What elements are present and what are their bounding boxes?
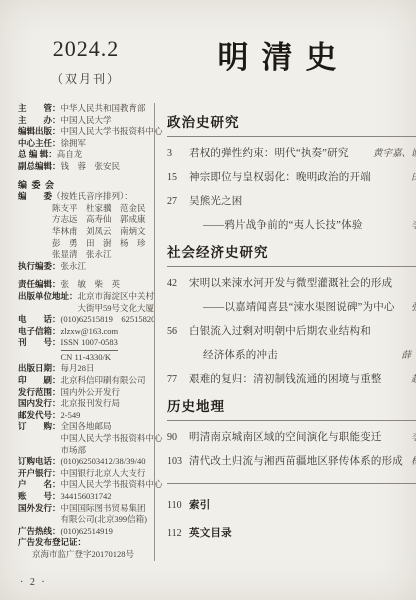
- toc-item: 15神宗即位与皇权弱化：晚明政治的开端田 澍: [167, 171, 416, 185]
- masthead-value-line: (010)62515819 62515820: [61, 314, 146, 326]
- section-title: 社会经济史研究: [167, 241, 416, 267]
- masthead-label: 总 编 辑：: [18, 149, 57, 161]
- masthead-value-line: zlzxw@163.com: [61, 326, 119, 338]
- masthead-value: 张 敏 柴 英: [61, 279, 121, 291]
- masthead-label: 中心主任：: [18, 138, 61, 150]
- masthead-label: 订购电话：: [18, 456, 61, 468]
- masthead-value-line: 344156031742: [61, 491, 112, 503]
- masthead-entry: 印 刷：北京科信印刷有限公司: [18, 375, 146, 387]
- masthead-value-line: ISSN 1007-0583: [61, 337, 118, 351]
- toc-article-title: 清代改土归流与湘西苗疆地区驿传体系的形成: [189, 455, 403, 469]
- toc-page-number: 27: [167, 195, 189, 209]
- masthead-label: 国内发行：: [18, 398, 61, 410]
- masthead-entry: 主 办：中国人民大学: [18, 115, 146, 127]
- masthead-label: 印 刷：: [18, 375, 61, 387]
- publication-frequency: （双月刊）: [18, 70, 154, 87]
- masthead-label: 出版单位地址：: [18, 291, 78, 314]
- masthead-value-line: 北京科信印刷有限公司: [61, 375, 146, 387]
- toc-article-title: ——鸦片战争前的“夷人长技”体验: [189, 219, 363, 233]
- toc-article-title: 艰难的复归：清初制钱流通的困境与重整: [189, 373, 382, 387]
- toc-authors: 赵士第: [403, 373, 416, 387]
- toc-page-number: 56: [167, 325, 189, 339]
- masthead-entry: 发行范围：国内外公开发行: [18, 387, 146, 399]
- masthead-value: (010)62503412/38/39/40: [61, 456, 146, 468]
- masthead-value-line: 有限公司(北京399信箱): [61, 514, 146, 526]
- masthead-entry: 中心主任：徐拥军: [18, 138, 146, 150]
- toc-entry-line: 27吴熊光之困: [167, 195, 416, 209]
- toc-authors: 田 澍: [403, 171, 416, 185]
- masthead-value: 中国人民大学书报资料中心: [61, 126, 146, 138]
- masthead-value-line: 张永江: [61, 261, 87, 273]
- masthead-entry: 副总编辑：钱 蓉 张安民: [18, 161, 146, 173]
- toc-authors: 薛 冰等: [394, 349, 416, 363]
- masthead-value: 344156031742: [61, 491, 112, 503]
- masthead-label: 编 委 会: [18, 180, 55, 192]
- toc-item: 77艰难的复归：清初制钱流通的困境与重整赵士第: [167, 373, 416, 387]
- masthead-value-line: 中国人民大学书报资料中心: [61, 479, 146, 491]
- masthead-label: 编辑出版：: [18, 126, 61, 138]
- masthead-entry: 国外发行：中国国际图书贸易集团有限公司(北京399信箱): [18, 503, 146, 526]
- back-matter: 110索引112英文目录: [167, 497, 416, 540]
- masthead-label: 订 购：: [18, 421, 61, 456]
- masthead-value-line: 徐拥军: [61, 138, 87, 150]
- table-of-contents: 政治史研究3君权的弹性约束：明代“执奏”研究黄宇嘉、谢贵安15神宗即位与皇权弱化…: [154, 103, 416, 561]
- toc-article-title: 宋明以来涑水河开发与微型灌溉社会的形成: [189, 277, 392, 291]
- masthead-entry: 广告发布登记证：京海市监广登字20170128号: [18, 537, 146, 560]
- masthead-label: 户 名：: [18, 479, 61, 491]
- masthead-value-line: (010)62514919: [61, 526, 113, 538]
- masthead-value: 张永江: [61, 261, 87, 273]
- masthead-value-line: （按姓氏音序排列）：: [52, 191, 146, 203]
- masthead-label: 刊 号：: [18, 337, 61, 363]
- masthead-entry: 出版单位地址：北京市海淀区中关村大街甲59号文化大厦: [18, 291, 146, 314]
- masthead-entry: 电子信箱：zlzxw@163.com: [18, 326, 146, 338]
- masthead-value-line: 京海市监广登字20170128号: [18, 549, 146, 561]
- masthead-value-line: 陈支平 杜家骥 范金民: [52, 203, 146, 215]
- toc-authors: 张俊峰: [403, 301, 416, 315]
- masthead-value: 北京报刊发行局: [61, 398, 121, 410]
- masthead-label: 广告热线：: [18, 526, 61, 538]
- masthead-value: ISSN 1007-0583CN 11-4330/K: [61, 337, 118, 363]
- masthead-value-line: 高自龙: [57, 149, 83, 161]
- masthead-label: 国外发行：: [18, 503, 61, 526]
- masthead-label: 广告发布登记证：: [18, 537, 86, 547]
- toc-item: 103清代改土归流与湘西苗疆地区驿传体系的形成杨菁苗: [167, 455, 416, 469]
- masthead-label: 责任编辑：: [18, 279, 61, 291]
- masthead-entry: 户 名：中国人民大学书报资料中心: [18, 479, 146, 491]
- toc-page-number: 103: [167, 455, 189, 469]
- toc-entry-line: ——鸦片战争前的“夷人长技”体验李恭忠: [167, 219, 416, 233]
- masthead-entry: 出版日期：每月28日: [18, 363, 146, 375]
- masthead-value: 钱 蓉 张安民: [61, 161, 121, 173]
- masthead-section-heading: 编 委 会: [18, 180, 146, 192]
- masthead-label: 执行编委：: [18, 261, 61, 273]
- masthead: 主 管：中华人民共和国教育部主 办：中国人民大学编辑出版：中国人民大学书报资料中…: [18, 103, 154, 561]
- section-title: 历史地理: [167, 395, 416, 421]
- masthead-value-line: CN 11-4330/K: [61, 352, 118, 364]
- masthead-entry: 责任编辑：张 敏 柴 英: [18, 279, 146, 291]
- back-matter-label: 英文目录: [189, 525, 232, 540]
- masthead-value: (010)62515819 62515820: [61, 314, 146, 326]
- masthead-entry: 订购电话：(010)62503412/38/39/40: [18, 456, 146, 468]
- masthead-value-line: 中华人民共和国教育部: [61, 103, 146, 115]
- masthead-label: 开户银行：: [18, 468, 61, 480]
- masthead-entry: 执行编委：张永江: [18, 261, 146, 273]
- masthead-value: 全国各地邮局中国人民大学书报资料中心市场部: [61, 421, 146, 456]
- masthead-value-line: 钱 蓉 张安民: [61, 161, 121, 173]
- content-columns: 主 管：中华人民共和国教育部主 办：中国人民大学编辑出版：中国人民大学书报资料中…: [18, 103, 400, 561]
- journal-contents-page: 2024.2 （双月刊） 明清史 主 管：中华人民共和国教育部主 办：中国人民大…: [0, 0, 416, 600]
- masthead-value-line: 华林甫 刘凤云 南炳文: [52, 226, 146, 238]
- masthead-label: 电子信箱：: [18, 326, 61, 338]
- masthead-value: （按姓氏音序排列）：陈支平 杜家骥 范金民方志远 高寿仙 郭成康华林甫 刘凤云 …: [52, 191, 146, 261]
- toc-page-number: 90: [167, 431, 189, 445]
- masthead-value-line: (010)62503412/38/39/40: [61, 456, 146, 468]
- masthead-value: 每月28日: [61, 363, 95, 375]
- masthead-entry: 刊 号：ISSN 1007-0583CN 11-4330/K: [18, 337, 146, 363]
- masthead-value-line: 方志远 高寿仙 郭成康: [52, 214, 146, 226]
- issue-number: 2024.2: [18, 36, 154, 62]
- masthead-value-line: 中国人民大学书报资料中心: [61, 126, 146, 138]
- masthead-value-line: 市场部: [61, 445, 146, 457]
- page-header: 2024.2 （双月刊） 明清史: [18, 30, 400, 87]
- toc-section: 政治史研究3君权的弹性约束：明代“执奏”研究黄宇嘉、谢贵安15神宗即位与皇权弱化…: [167, 111, 416, 233]
- masthead-value-line: 张 敏 柴 英: [61, 279, 121, 291]
- issue-block: 2024.2 （双月刊）: [18, 30, 154, 87]
- masthead-entry: 编辑出版：中国人民大学书报资料中心: [18, 126, 146, 138]
- title-block: 明清史: [154, 30, 400, 77]
- masthead-entry: 开户银行：中国银行北京人大支行: [18, 468, 146, 480]
- toc-page-number: 15: [167, 171, 189, 185]
- toc-article-title: ——以嘉靖闻喜县“涑水渠图说碑”为中心: [189, 301, 395, 315]
- toc-item-list: 90明清南京城南区域的空间演化与职能变迁李 仙103清代改土归流与湘西苗疆地区驿…: [167, 431, 416, 469]
- toc-article-title: 经济体系的冲击: [189, 349, 278, 363]
- masthead-value: (010)62514919: [61, 526, 113, 538]
- masthead-label: 编 委: [18, 191, 52, 261]
- masthead-value: 北京科信印刷有限公司: [61, 375, 146, 387]
- back-matter-item: 110索引: [167, 497, 416, 512]
- toc-section: 历史地理90明清南京城南区域的空间演化与职能变迁李 仙103清代改土归流与湘西苗…: [167, 395, 416, 469]
- masthead-label: 主 管：: [18, 103, 61, 115]
- toc-entry-line: 42宋明以来涑水河开发与微型灌溉社会的形成: [167, 277, 416, 291]
- masthead-entry: 订 购：全国各地邮局中国人民大学书报资料中心市场部: [18, 421, 146, 456]
- masthead-value: 京海市监广登字20170128号: [18, 549, 146, 561]
- masthead-label: 发行范围：: [18, 387, 61, 399]
- masthead-value-line: 北京市海淀区中关村: [78, 291, 146, 303]
- toc-entry-line: 3君权的弹性约束：明代“执奏”研究黄宇嘉、谢贵安: [167, 147, 416, 161]
- toc-page-number: 77: [167, 373, 189, 387]
- masthead-label: 邮发代号：: [18, 410, 61, 422]
- toc-authors: 李恭忠: [403, 219, 416, 233]
- toc-item: 42宋明以来涑水河开发与微型灌溉社会的形成——以嘉靖闻喜县“涑水渠图说碑”为中心…: [167, 277, 416, 315]
- masthead-entry: 国内发行：北京报刊发行局: [18, 398, 146, 410]
- section-title: 政治史研究: [167, 111, 416, 137]
- masthead-value-line: 中国人民大学书报资料中心: [61, 433, 146, 445]
- toc-entry-line: 103清代改土归流与湘西苗疆地区驿传体系的形成杨菁苗: [167, 455, 416, 469]
- masthead-value-line: 2-549: [61, 410, 81, 422]
- back-matter-divider: [167, 483, 416, 484]
- masthead-value-line: 大街甲59号文化大厦: [78, 303, 146, 315]
- toc-article-title: 神宗即位与皇权弱化：晚明政治的开端: [189, 171, 371, 185]
- back-matter-item: 112英文目录: [167, 525, 416, 540]
- masthead-value: 国内外公开发行: [61, 387, 121, 399]
- masthead-value: 徐拥军: [61, 138, 87, 150]
- toc-article-title: 白银流入过剩对明朝中后期农业结构和: [189, 325, 371, 339]
- toc-page-number: 3: [167, 147, 189, 161]
- toc-sections: 政治史研究3君权的弹性约束：明代“执奏”研究黄宇嘉、谢贵安15神宗即位与皇权弱化…: [167, 111, 416, 469]
- toc-article-title: 君权的弹性约束：明代“执奏”研究: [189, 147, 349, 161]
- masthead-entry: 邮发代号：2-549: [18, 410, 146, 422]
- masthead-entry: 主 管：中华人民共和国教育部: [18, 103, 146, 115]
- masthead-value-line: 国内外公开发行: [61, 387, 121, 399]
- toc-item: 56白银流入过剩对明朝中后期农业结构和经济体系的冲击薛 冰等: [167, 325, 416, 363]
- toc-section: 社会经济史研究42宋明以来涑水河开发与微型灌溉社会的形成——以嘉靖闻喜县“涑水渠…: [167, 241, 416, 387]
- toc-entry-line: 56白银流入过剩对明朝中后期农业结构和: [167, 325, 416, 339]
- journal-title: 明清史: [217, 40, 349, 75]
- masthead-entry: 电 话：(010)62515819 62515820: [18, 314, 146, 326]
- masthead-value: 中国银行北京人大支行: [61, 468, 146, 480]
- toc-entry-line: 15神宗即位与皇权弱化：晚明政治的开端田 澍: [167, 171, 416, 185]
- masthead-value: 中国人民大学: [61, 115, 112, 127]
- toc-page-number: 42: [167, 277, 189, 291]
- toc-entry-line: 90明清南京城南区域的空间演化与职能变迁李 仙: [167, 431, 416, 445]
- masthead-label: 主 办：: [18, 115, 61, 127]
- toc-article-title: 明清南京城南区域的空间演化与职能变迁: [189, 431, 382, 445]
- masthead-value: 2-549: [61, 410, 81, 422]
- toc-item: 3君权的弹性约束：明代“执奏”研究黄宇嘉、谢贵安: [167, 147, 416, 161]
- toc-article-title: 吴熊光之困: [189, 195, 243, 209]
- masthead-entry: 账 号：344156031742: [18, 491, 146, 503]
- masthead-value-line: 彭 勇 田 澍 杨 珍: [52, 238, 146, 250]
- masthead-entry: 广告热线：(010)62514919: [18, 526, 146, 538]
- toc-page-number: 110: [167, 500, 189, 511]
- masthead-value: 北京市海淀区中关村大街甲59号文化大厦: [78, 291, 146, 314]
- toc-authors: 黄宇嘉、谢贵安: [365, 147, 416, 161]
- toc-item-list: 42宋明以来涑水河开发与微型灌溉社会的形成——以嘉靖闻喜县“涑水渠图说碑”为中心…: [167, 277, 416, 387]
- masthead-value-line: 中国人民大学: [61, 115, 112, 127]
- masthead-value: 中国国际图书贸易集团有限公司(北京399信箱): [61, 503, 146, 526]
- masthead-value-line: 中国国际图书贸易集团: [61, 503, 146, 515]
- toc-item: 27吴熊光之困——鸦片战争前的“夷人长技”体验李恭忠: [167, 195, 416, 233]
- toc-item-list: 3君权的弹性约束：明代“执奏”研究黄宇嘉、谢贵安15神宗即位与皇权弱化：晚明政治…: [167, 147, 416, 233]
- masthead-label: 电 话：: [18, 314, 61, 326]
- masthead-value: 高自龙: [57, 149, 83, 161]
- masthead-label: 出版日期：: [18, 363, 61, 375]
- masthead-value-line: 中国银行北京人大支行: [61, 468, 146, 480]
- masthead-value-line: 张显清 张永江: [52, 249, 146, 261]
- back-matter-label: 索引: [189, 497, 210, 512]
- toc-authors: 李 仙: [403, 431, 416, 445]
- page-number: · 2 ·: [20, 577, 47, 588]
- toc-entry-line: 77艰难的复归：清初制钱流通的困境与重整赵士第: [167, 373, 416, 387]
- masthead-value-line: 每月28日: [61, 363, 95, 375]
- masthead-value-line: 全国各地邮局: [61, 421, 146, 433]
- masthead-value-line: 北京报刊发行局: [61, 398, 121, 410]
- masthead-entry: 总 编 辑：高自龙: [18, 149, 146, 161]
- toc-entry-line: ——以嘉靖闻喜县“涑水渠图说碑”为中心张俊峰: [167, 301, 416, 315]
- masthead-label: 账 号：: [18, 491, 61, 503]
- masthead-value: 中华人民共和国教育部: [61, 103, 146, 115]
- masthead-entry: 编 委（按姓氏音序排列）：陈支平 杜家骥 范金民方志远 高寿仙 郭成康华林甫 刘…: [18, 191, 146, 261]
- toc-page-number: 112: [167, 528, 189, 539]
- masthead-value: 中国人民大学书报资料中心: [61, 479, 146, 491]
- toc-entry-line: 经济体系的冲击薛 冰等: [167, 349, 416, 363]
- toc-item: 90明清南京城南区域的空间演化与职能变迁李 仙: [167, 431, 416, 445]
- toc-authors: 杨菁苗: [403, 455, 416, 469]
- masthead-label: 副总编辑：: [18, 161, 61, 173]
- masthead-value: zlzxw@163.com: [61, 326, 119, 338]
